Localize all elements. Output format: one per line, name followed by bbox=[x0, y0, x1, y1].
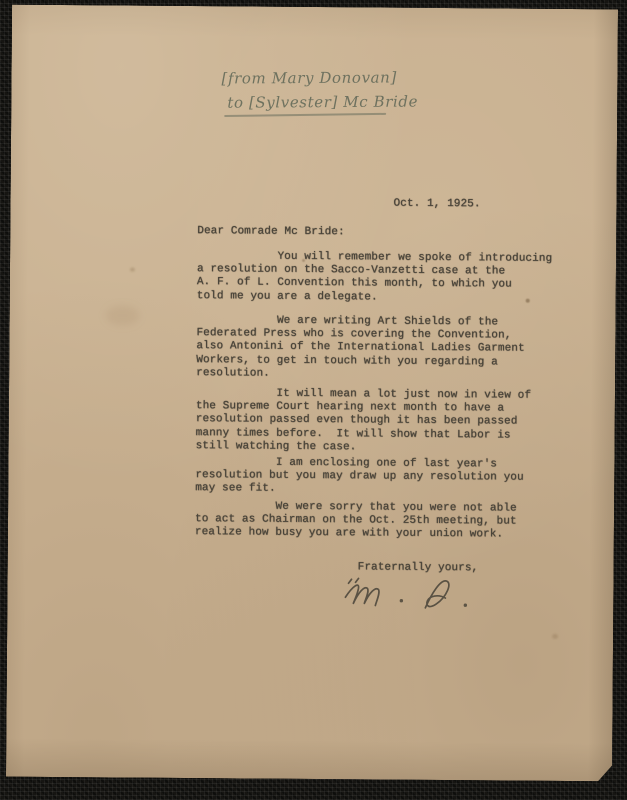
letter-paragraph-1: You will remember we spoke of introducin… bbox=[197, 250, 553, 306]
paper-stain bbox=[106, 305, 140, 325]
letter-page: [from Mary Donovan] to [Sylvester] Mc Br… bbox=[6, 5, 618, 782]
letter-paragraph-4: I am enclosing one of last year's resolu… bbox=[195, 456, 524, 498]
letter-paragraph-3: It will mean a lot just now in view of t… bbox=[196, 387, 532, 456]
letter-paragraph-2: We are writing Art Shields of the Federa… bbox=[196, 314, 525, 383]
letter-salutation: Dear Comrade Mc Bride: bbox=[197, 225, 345, 239]
paper-speck bbox=[130, 268, 135, 272]
annotation-underline bbox=[224, 113, 386, 117]
archivist-annotation-line1: [from Mary Donovan] bbox=[221, 68, 396, 87]
letter-paragraph-5: We were sorry that you were not able to … bbox=[195, 500, 517, 542]
archivist-annotation-line2: to [Sylvester] Mc Bride bbox=[227, 92, 418, 111]
letter-date: Oct. 1, 1925. bbox=[393, 198, 480, 212]
scan-background: [from Mary Donovan] to [Sylvester] Mc Br… bbox=[0, 0, 627, 800]
paper-speck bbox=[552, 634, 558, 639]
signature-initials bbox=[341, 567, 491, 626]
